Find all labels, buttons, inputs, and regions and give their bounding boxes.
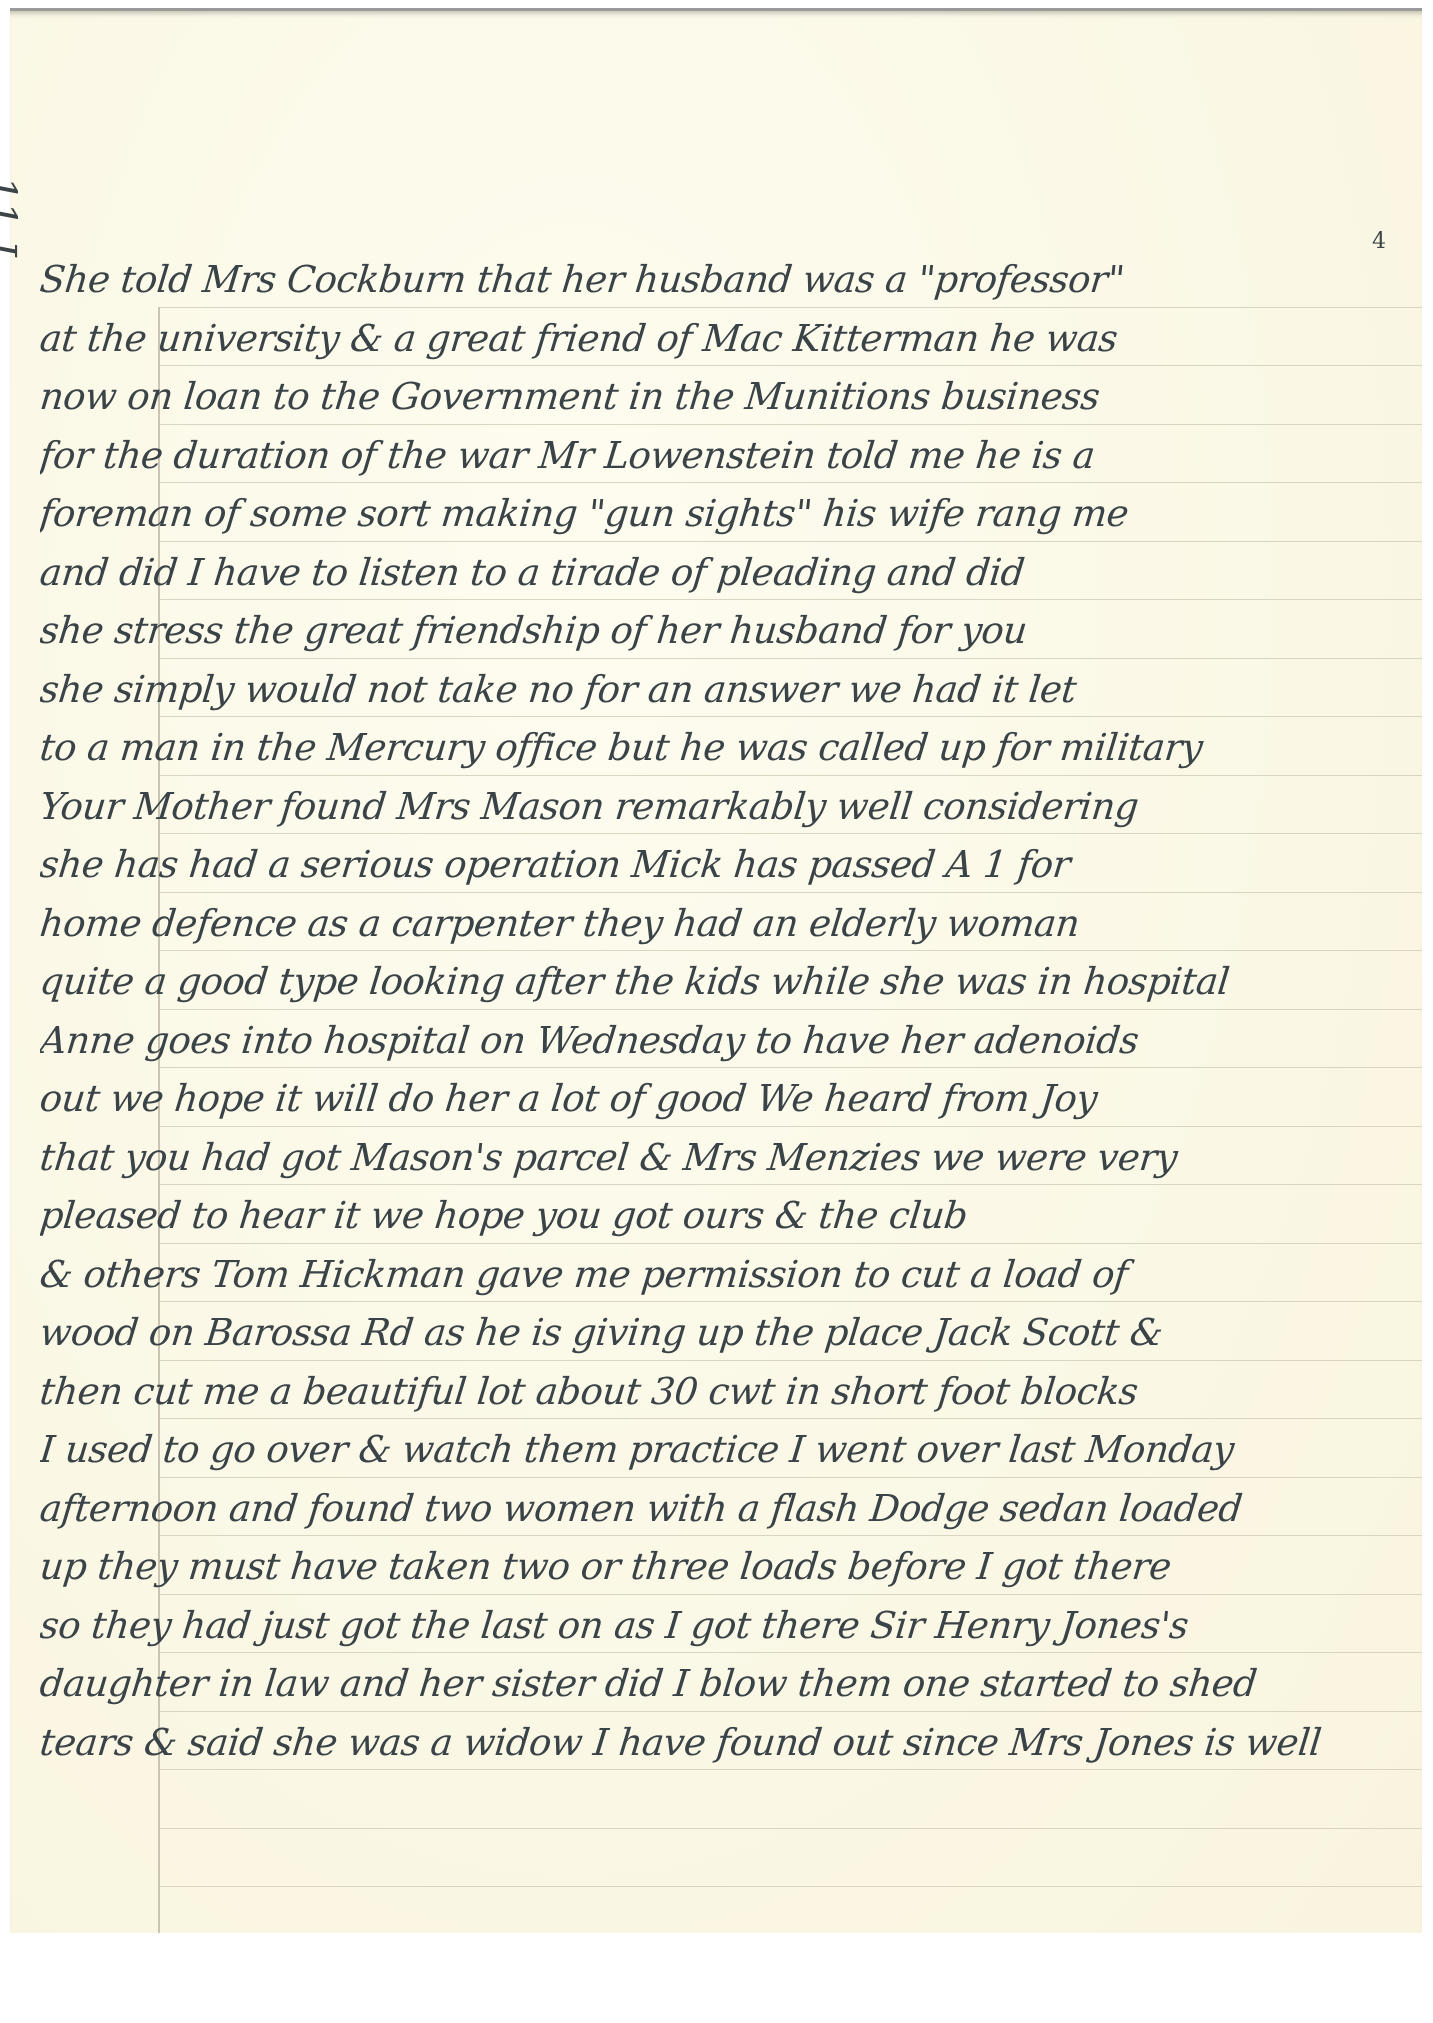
text-line: I used to go over & watch them practice … bbox=[40, 1421, 1410, 1480]
text-line: to a man in the Mercury office but he wa… bbox=[40, 719, 1410, 778]
text-line: wood on Barossa Rd as he is giving up th… bbox=[40, 1304, 1410, 1363]
text-line: pleased to hear it we hope you got ours … bbox=[40, 1187, 1410, 1246]
text-line: and did I have to listen to a tirade of … bbox=[40, 544, 1410, 603]
text-line: Your Mother found Mrs Mason remarkably w… bbox=[40, 778, 1410, 837]
text-line: at the university & a great friend of Ma… bbox=[40, 310, 1410, 369]
text-line: up they must have taken two or three loa… bbox=[40, 1538, 1410, 1597]
text-line: afternoon and found two women with a fla… bbox=[40, 1480, 1410, 1539]
text-line: she stress the great friendship of her h… bbox=[40, 602, 1410, 661]
text-line: now on loan to the Government in the Mun… bbox=[40, 368, 1410, 427]
text-line: & others Tom Hickman gave me permission … bbox=[40, 1246, 1410, 1305]
ruled-line bbox=[160, 1828, 1422, 1829]
handwritten-body: She told Mrs Cockburn that her husband w… bbox=[40, 251, 1410, 1772]
text-line: home defence as a carpenter they had an … bbox=[40, 895, 1410, 954]
margin-note: 11 J bbox=[0, 176, 24, 256]
text-line: daughter in law and her sister did I blo… bbox=[40, 1655, 1410, 1714]
text-line: She told Mrs Cockburn that her husband w… bbox=[40, 251, 1410, 310]
ruled-line bbox=[160, 1886, 1422, 1887]
letter-page: 11 J 4 She told Mrs Cockburn that her hu… bbox=[10, 8, 1422, 1933]
text-line: foreman of some sort making "gun sights"… bbox=[40, 485, 1410, 544]
text-line: Anne goes into hospital on Wednesday to … bbox=[40, 1012, 1410, 1071]
text-line: that you had got Mason's parcel & Mrs Me… bbox=[40, 1129, 1410, 1188]
text-line: she simply would not take no for an answ… bbox=[40, 661, 1410, 720]
text-line: then cut me a beautiful lot about 30 cwt… bbox=[40, 1363, 1410, 1422]
text-line: out we hope it will do her a lot of good… bbox=[40, 1070, 1410, 1129]
text-line: quite a good type looking after the kids… bbox=[40, 953, 1410, 1012]
text-line: tears & said she was a widow I have foun… bbox=[40, 1714, 1410, 1773]
text-line: she has had a serious operation Mick has… bbox=[40, 836, 1410, 895]
text-line: so they had just got the last on as I go… bbox=[40, 1597, 1410, 1656]
text-line: for the duration of the war Mr Lowenstei… bbox=[40, 427, 1410, 486]
